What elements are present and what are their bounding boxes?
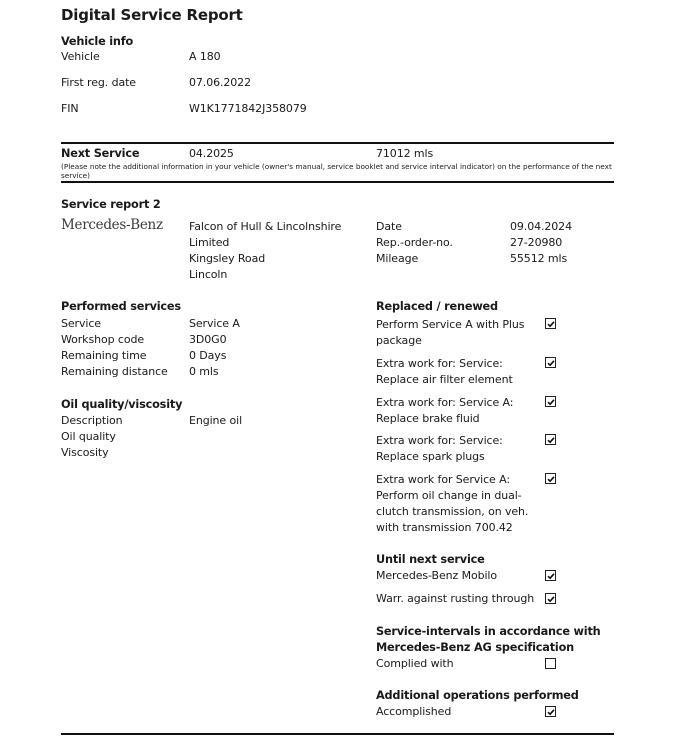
mileage-label: Mileage xyxy=(376,252,418,265)
dealer-line-3: Kingsley Road xyxy=(189,252,265,265)
rep-order-value: 27-20980 xyxy=(510,236,562,249)
fin-value: W1K1771842J358079 xyxy=(189,102,307,115)
dealer-line-1: Falcon of Hull & Lincolnshire xyxy=(189,220,341,233)
mobilo-item: Mercedes-Benz Mobilo xyxy=(376,569,497,582)
date-value: 09.04.2024 xyxy=(510,220,572,233)
first-reg-label: First reg. date xyxy=(61,76,136,89)
next-service-label: Next Service xyxy=(61,147,139,160)
replaced-checkbox-4[interactable] xyxy=(545,434,556,445)
checkmark-icon xyxy=(547,708,555,716)
remaining-time-label: Remaining time xyxy=(61,349,146,362)
oil-description-label: Description xyxy=(61,414,123,427)
replaced-item-3: Extra work for: Service A: Replace brake… xyxy=(376,395,536,427)
intervals-heading-line-2: Mercedes-Benz AG specification xyxy=(376,641,574,654)
replaced-checkbox-2[interactable] xyxy=(545,357,556,368)
checkmark-icon xyxy=(547,359,555,367)
vehicle-label: Vehicle xyxy=(61,50,100,63)
workshop-code-value: 3D0G0 xyxy=(189,333,227,346)
checkmark-icon xyxy=(547,475,555,483)
until-next-heading: Until next service xyxy=(376,553,485,566)
accomplished-item: Accomplished xyxy=(376,705,451,718)
checkmark-icon xyxy=(547,572,555,580)
rust-warranty-checkbox[interactable] xyxy=(545,593,556,604)
vehicle-value: A 180 xyxy=(189,50,221,63)
remaining-distance-label: Remaining distance xyxy=(61,365,168,378)
next-service-mileage: 71012 mls xyxy=(376,147,433,160)
oil-description-value: Engine oil xyxy=(189,414,242,427)
rep-order-label: Rep.-order-no. xyxy=(376,236,453,249)
additional-heading: Additional operations performed xyxy=(376,689,579,702)
divider-footer xyxy=(61,733,614,735)
first-reg-value: 07.06.2022 xyxy=(189,76,251,89)
checkmark-icon xyxy=(547,398,555,406)
rust-warranty-item: Warr. against rusting through xyxy=(376,592,534,605)
oil-heading: Oil quality/viscosity xyxy=(61,398,182,411)
mileage-value: 55512 mls xyxy=(510,252,567,265)
dealer-line-4: Lincoln xyxy=(189,268,227,281)
service-report-heading: Service report 2 xyxy=(61,198,161,211)
report-title: Digital Service Report xyxy=(61,6,243,24)
replaced-heading: Replaced / renewed xyxy=(376,300,498,313)
mobilo-checkbox[interactable] xyxy=(545,570,556,581)
next-service-note: (Please note the additional information … xyxy=(61,162,616,180)
replaced-checkbox-1[interactable] xyxy=(545,318,556,329)
performed-services-heading: Performed services xyxy=(61,300,181,313)
next-service-date: 04.2025 xyxy=(189,147,234,160)
date-label: Date xyxy=(376,220,402,233)
vehicle-info-heading: Vehicle info xyxy=(61,35,133,48)
complied-checkbox[interactable] xyxy=(545,658,556,669)
remaining-time-value: 0 Days xyxy=(189,349,226,362)
complied-item: Complied with xyxy=(376,657,454,670)
workshop-code-label: Workshop code xyxy=(61,333,144,346)
fin-label: FIN xyxy=(61,102,79,115)
checkmark-icon xyxy=(547,436,555,444)
checkmark-icon xyxy=(547,595,555,603)
oil-quality-label: Oil quality xyxy=(61,430,116,443)
viscosity-label: Viscosity xyxy=(61,446,109,459)
remaining-distance-value: 0 mls xyxy=(189,365,219,378)
replaced-checkbox-5[interactable] xyxy=(545,473,556,484)
replaced-item-5: Extra work for Service A: Perform oil ch… xyxy=(376,472,531,536)
replaced-item-2: Extra work for: Service: Replace air fil… xyxy=(376,356,536,388)
dealer-line-2: Limited xyxy=(189,236,229,249)
replaced-item-4: Extra work for: Service: Replace spark p… xyxy=(376,433,536,465)
service-label: Service xyxy=(61,317,101,330)
replaced-item-1: Perform Service A with Plus package xyxy=(376,317,536,349)
accomplished-checkbox[interactable] xyxy=(545,706,556,717)
replaced-checkbox-3[interactable] xyxy=(545,396,556,407)
brand-logo: Mercedes-Benz xyxy=(61,217,163,233)
service-value: Service A xyxy=(189,317,240,330)
divider-top xyxy=(61,142,614,144)
divider-bottom xyxy=(61,181,614,183)
checkmark-icon xyxy=(547,320,555,328)
intervals-heading-line-1: Service-intervals in accordance with xyxy=(376,625,601,638)
